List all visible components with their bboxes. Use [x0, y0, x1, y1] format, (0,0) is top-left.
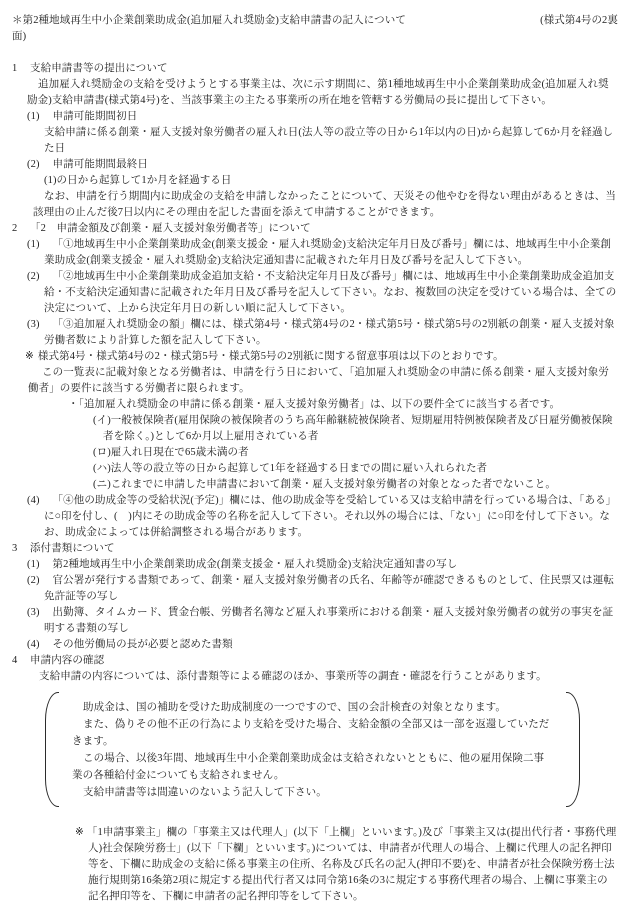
- list-item-body: 官公署が発行する書類であって、創業・雇入支援対象労働者の氏名、年齢等が確認できる…: [44, 575, 614, 602]
- section-1-intro: 追加雇入れ奨励金の支給を受けようとする事業主は、次に示す期間に、第1種地域再生中…: [12, 77, 618, 109]
- section-3-title: 添付書類について: [30, 543, 115, 554]
- box-right-bracket: [566, 692, 580, 807]
- list-item-marker: (1): [27, 111, 40, 122]
- list-item-marker: (2): [27, 271, 40, 282]
- list-item-heading: 申請可能期間最終日: [53, 159, 148, 170]
- list-item-marker: (2): [27, 159, 40, 170]
- list-item-body: 「④他の助成金等の受給状況(予定)」欄には、他の助成金等を受給している又は支給申…: [44, 495, 616, 538]
- list-item-body: 「①地域再生中小企業創業助成金(創業支援金・雇入れ奨励金)支給決定年月日及び番号…: [44, 239, 611, 266]
- warning-line: 助成金は、国の補助を受けた助成制度の一つですので、国の会計検査の対象となります。: [72, 699, 553, 716]
- condition-item: (ニ)これまでに申請した申請書において創業・雇入支援対象労働者の対象となった者で…: [12, 477, 618, 493]
- section-1-number: 1: [12, 61, 30, 77]
- section-3-number: 3: [12, 541, 30, 557]
- form-reference-wrap: 面): [12, 29, 618, 45]
- list-item-note: なお、申請を行う期間内に助成金の支給を申請しなかったことについて、天災その他やむ…: [12, 189, 618, 221]
- warning-line: また、偽りその他不正の行為により支給を受けた場合、支給金額の全部又は一部を返還し…: [72, 716, 553, 750]
- list-item-marker: (3): [27, 319, 40, 330]
- list-item-body: 支給申請に係る創業・雇入支援対象労働者の雇入れ日(法人等の設立等の日から1年以内…: [12, 125, 618, 157]
- remark-paragraph: この一覧表に記載対象となる労働者は、申請を行う日において、「追加雇入れ奨励金の申…: [12, 365, 618, 397]
- warning-line: この場合、以後3年間、地域再生中小企業創業助成金は支給されないとともに、他の雇用…: [72, 750, 553, 784]
- list-item-heading: 申請可能期間初日: [53, 111, 138, 122]
- document-header: ＊第2種地域再生中小企業創業助成金(追加雇入れ奨励金)支給申請書の記入について …: [12, 13, 618, 29]
- section-1-title: 支給申請書等の提出について: [30, 63, 168, 74]
- section-2-title: 「2 申請金額及び創業・雇入支援対象労働者等」について: [30, 223, 311, 234]
- condition-item: (ハ)法人等の設立等の日から起算して1年を経過する日までの間に雇い入れられた者: [12, 461, 618, 477]
- list-item: (2)「②地域再生中小企業創業助成金追加支給・不支給決定年月日及び番号」欄には、…: [12, 269, 618, 317]
- remark-text: 様式第4号・様式第4号の2・様式第5号・様式第5号の2別紙に関する留意事項は以下…: [38, 351, 504, 362]
- list-item: (3)出勤簿、タイムカード、賃金台帳、労働者名簿など雇入れ事業所における創業・雇…: [12, 605, 618, 637]
- list-item: (4)「④他の助成金等の受給状況(予定)」欄には、他の助成金等を受給している又は…: [12, 493, 618, 541]
- bullet-line: ・「追加雇入れ奨励金の申請に係る創業・雇入支援対象労働者」は、以下の要件全てに該…: [12, 397, 618, 413]
- remark-line: ※様式第4号・様式第4号の2・様式第5号・様式第5号の2別紙に関する留意事項は以…: [12, 349, 618, 365]
- list-item: (2)申請可能期間最終日: [12, 157, 618, 173]
- section-2-number: 2: [12, 221, 30, 237]
- section-3-heading: 3添付書類について: [12, 541, 618, 557]
- page-title: ＊第2種地域再生中小企業創業助成金(追加雇入れ奨励金)支給申請書の記入について: [12, 13, 406, 29]
- section-4-heading: 4申請内容の確認: [12, 653, 618, 669]
- section-4-body: 支給申請の内容については、添付書類等による確認のほか、事業所等の調査・確認を行う…: [12, 669, 618, 685]
- document-page: ＊第2種地域再生中小企業創業助成金(追加雇入れ奨励金)支給申請書の記入について …: [0, 0, 630, 916]
- list-item-marker: (4): [27, 639, 40, 650]
- form-reference: (様式第4号の2裏: [540, 13, 618, 29]
- list-item-body: 出勤簿、タイムカード、賃金台帳、労働者名簿など雇入れ事業所における創業・雇入支援…: [44, 607, 613, 634]
- list-item-body: 「②地域再生中小企業創業助成金追加支給・不支給決定年月日及び番号」欄には、地域再…: [44, 271, 616, 314]
- box-left-bracket: [45, 692, 59, 807]
- list-item: (1)「①地域再生中小企業創業助成金(創業支援金・雇入れ奨励金)支給決定年月日及…: [12, 237, 618, 269]
- list-item-body: 第2種地域再生中小企業創業助成金(創業支援金・雇入れ奨励金)支給決定通知書の写し: [53, 559, 458, 570]
- reference-mark: ※: [25, 351, 34, 362]
- list-item-marker: (1): [27, 239, 40, 250]
- section-4-title: 申請内容の確認: [30, 655, 104, 666]
- section-1-heading: 1支給申請書等の提出について: [12, 61, 618, 77]
- list-item: (4)その他労働局の長が必要と認めた書類: [12, 637, 618, 653]
- list-item: (2)官公署が発行する書類であって、創業・雇入支援対象労働者の氏名、年齢等が確認…: [12, 573, 618, 605]
- list-item: (1)申請可能期間初日: [12, 109, 618, 125]
- warning-line: 支給申請書等は間違いのないよう記入して下さい。: [72, 784, 553, 801]
- section-2-heading: 2「2 申請金額及び創業・雇入支援対象労働者等」について: [12, 221, 618, 237]
- condition-item: (イ)一般被保険者(雇用保険の被保険者のうち高年齢継続被保険者、短期雇用特例被保…: [12, 413, 618, 445]
- section-4-number: 4: [12, 653, 30, 669]
- list-item-marker: (4): [27, 495, 40, 506]
- list-item-marker: (1): [27, 559, 40, 570]
- list-item-body: (1)の日から起算して1か月を経過する日: [12, 173, 618, 189]
- list-item-marker: (3): [27, 607, 40, 618]
- reference-mark: ※: [75, 827, 84, 838]
- list-item: (3)「③追加雇入れ奨励金の額」欄には、様式第4号・様式第4号の2・様式第5号・…: [12, 317, 618, 349]
- condition-item: (ロ)雇入れ日現在で65歳未満の者: [12, 445, 618, 461]
- warning-box: 助成金は、国の補助を受けた助成制度の一つですので、国の会計検査の対象となります。…: [45, 690, 580, 809]
- list-item-body: 「③追加雇入れ奨励金の額」欄には、様式第4号・様式第4号の2・様式第5号・様式第…: [44, 319, 615, 346]
- list-item: (1)第2種地域再生中小企業創業助成金(創業支援金・雇入れ奨励金)支給決定通知書…: [12, 557, 618, 573]
- footer-note-text: 「1申請事業主」欄の「事業主又は代理人」(以下「上欄」といいます。)及び「事業主…: [87, 827, 616, 902]
- footer-note: ※「1申請事業主」欄の「事業主又は代理人」(以下「上欄」といいます。)及び「事業…: [12, 825, 618, 905]
- list-item-marker: (2): [27, 575, 40, 586]
- list-item-body: その他労働局の長が必要と認めた書類: [53, 639, 233, 650]
